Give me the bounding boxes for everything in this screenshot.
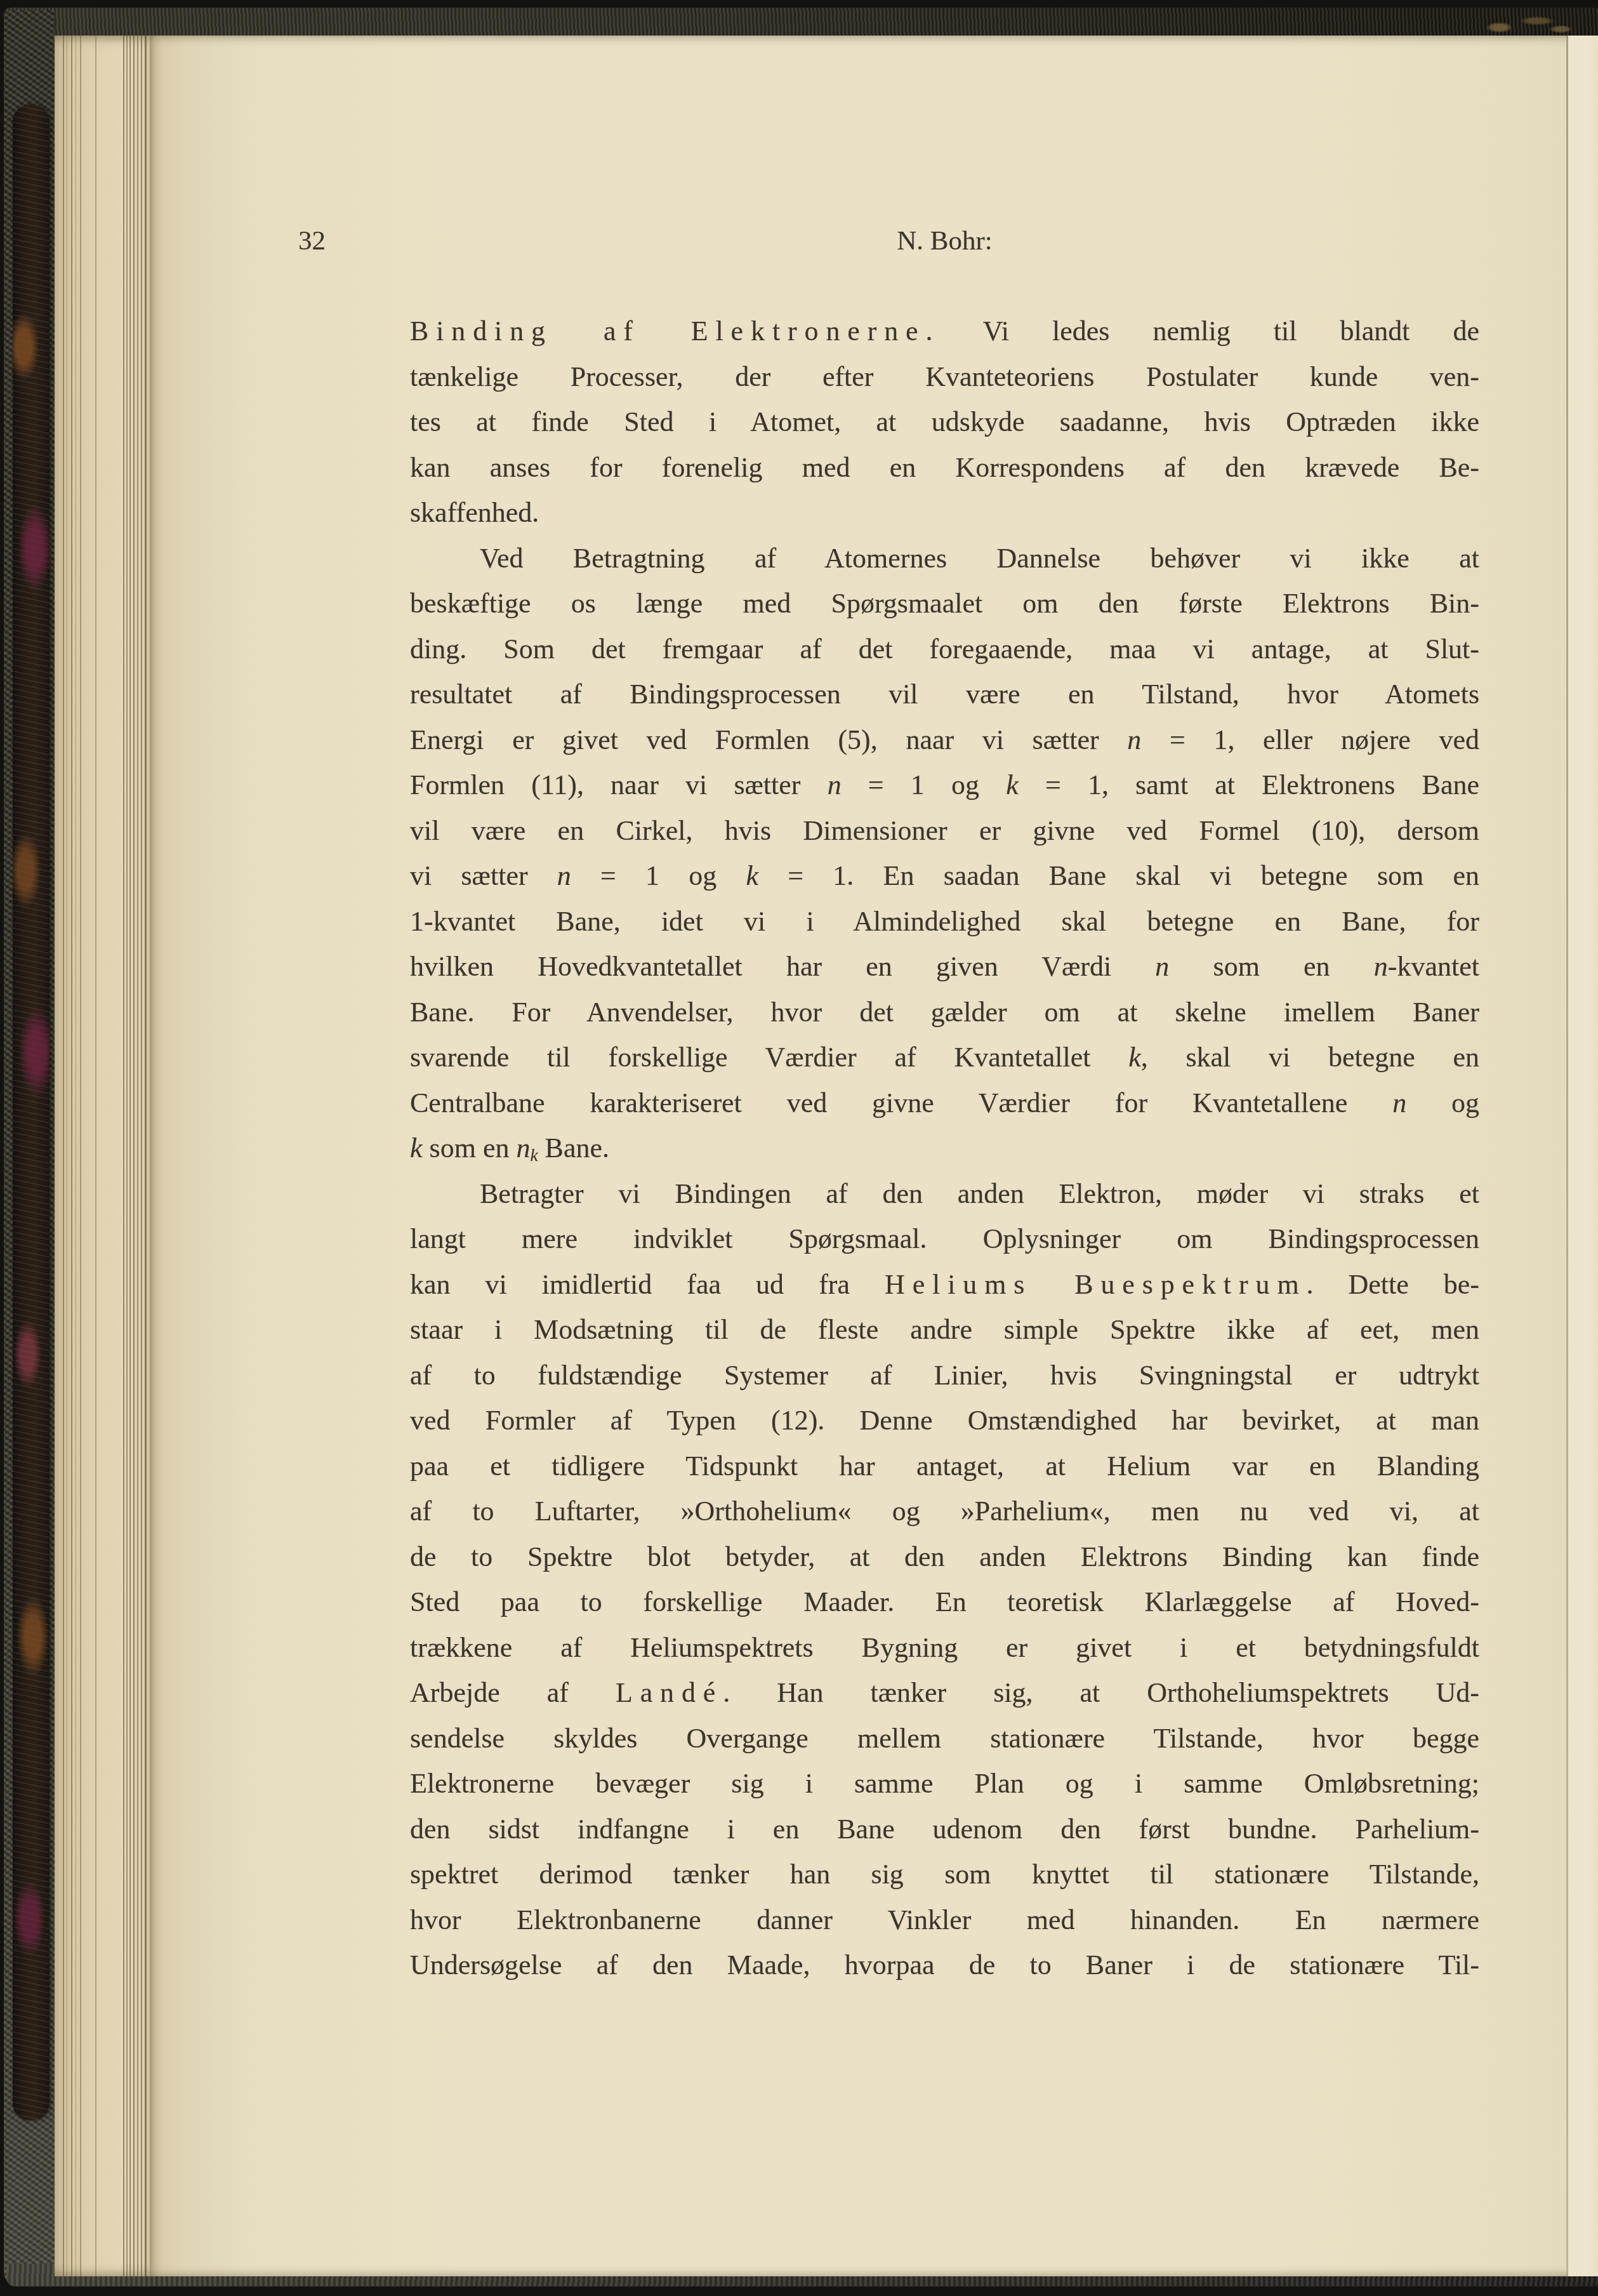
text-line: de to Spektre blot betyder, at den anden… [410, 1534, 1479, 1580]
text-line: ding. Som det fremgaar af det foregaaend… [410, 627, 1479, 672]
text-segment: n [516, 1132, 530, 1164]
text-line: skaffenhed. [410, 490, 1479, 536]
text-segment: af to fuldstændige Systemer af Linier, h… [410, 1360, 1479, 1391]
text-segment: = 1, eller nøjere ved [1141, 724, 1479, 755]
text-segment: Heliums Buespektrum [885, 1269, 1306, 1300]
text-line: Centralbane karakteriseret ved givne Vær… [410, 1080, 1479, 1126]
text-line: tænkelige Processer, der efter Kvanteteo… [410, 354, 1479, 400]
text-segment: som en [1169, 951, 1373, 982]
text-segment: vil være en Cirkel, hvis Dimensioner er … [410, 815, 1479, 846]
text-line: Formlen (11), naar vi sætter n = 1 og k … [410, 762, 1479, 808]
text-segment: n [828, 769, 842, 800]
page-edge-line [71, 36, 72, 2276]
text-segment: . Han tænker sig, at Orthoheliumspektret… [723, 1677, 1479, 1708]
text-segment: paa et tidligere Tidspunkt har antaget, … [410, 1450, 1479, 1482]
text-segment: n [1374, 951, 1388, 982]
text-segment: tes at finde Sted i Atomet, at udskyde s… [410, 406, 1479, 437]
text-segment: svarende til forskellige Værdier af Kvan… [410, 1042, 1128, 1073]
text-segment: af to Luftarter, »Orthohelium« og »Parhe… [410, 1496, 1479, 1527]
text-segment: = 1 og [842, 769, 1007, 800]
text-segment: trækkene af Heliumspektrets Bygning er g… [410, 1632, 1479, 1663]
text-line: Elektronerne bevæger sig i samme Plan og… [410, 1761, 1479, 1807]
text-segment: ding. Som det fremgaar af det foregaaend… [410, 634, 1479, 665]
page-edge-line [76, 36, 76, 2276]
text-line: tes at finde Sted i Atomet, at udskyde s… [410, 399, 1479, 445]
text-segment: vi sætter [410, 860, 557, 891]
text-segment: kan vi imidlertid faa ud fra [410, 1269, 885, 1300]
text-segment: Betragter vi Bindingen af den anden Elek… [480, 1178, 1479, 1209]
text-segment: staar i Modsætning til de fleste andre s… [410, 1314, 1479, 1345]
text-segment: den sidst indfangne i en Bane udenom den… [410, 1814, 1479, 1845]
text-line: svarende til forskellige Værdier af Kvan… [410, 1035, 1479, 1080]
text-block: Binding af Elektronerne. Vi ledes nemlig… [410, 309, 1479, 1988]
text-line: 1-kvantet Bane, idet vi i Almindelighed … [410, 899, 1479, 945]
text-line: trækkene af Heliumspektrets Bygning er g… [410, 1625, 1479, 1671]
text-line: hvilken Hovedkvantetallet har en given V… [410, 944, 1479, 990]
text-segment: Binding af Elektronerne. [410, 315, 940, 347]
text-segment: -kvantet [1388, 951, 1479, 982]
text-segment: kan anses for forenelig med en Korrespon… [410, 452, 1479, 483]
text-line: af to fuldstændige Systemer af Linier, h… [410, 1353, 1479, 1398]
page-fore-edge-strip [1568, 36, 1598, 2276]
text-segment: Formlen (11), naar vi sætter [410, 769, 828, 800]
text-segment: som en [423, 1132, 517, 1164]
page-edge-line [80, 36, 81, 2276]
frayed-binding-threads [1472, 8, 1580, 41]
text-line: Energi er givet ved Formlen (5), naar vi… [410, 717, 1479, 763]
text-segment: Landé [616, 1677, 723, 1708]
text-segment: Energi er givet ved Formlen (5), naar vi… [410, 724, 1127, 755]
text-segment: sendelse skyldes Overgange mellem statio… [410, 1723, 1479, 1754]
text-segment: n [1155, 951, 1169, 982]
text-segment: k [410, 1132, 423, 1164]
text-line: k som en nk Bane. [410, 1125, 1479, 1171]
text-segment: og [1406, 1087, 1479, 1118]
book-page: 32 N. Bohr: Binding af Elektronerne. Vi … [150, 36, 1598, 2276]
text-line: Bane. For Anvendelser, hvor det gælder o… [410, 990, 1479, 1035]
text-segment: . Dette be- [1306, 1269, 1479, 1300]
text-segment: Arbejde af [410, 1677, 616, 1708]
text-segment: = 1 og [571, 860, 746, 891]
stacked-page-edges [55, 36, 150, 2276]
text-segment: Ved Betragtning af Atomernes Dannelse be… [480, 543, 1479, 574]
page-edge-line [133, 36, 135, 2276]
text-segment: Bane. [538, 1132, 609, 1164]
text-line: Betragter vi Bindingen af den anden Elek… [410, 1171, 1479, 1217]
text-line: langt mere indviklet Spørgsmaal. Oplysni… [410, 1216, 1479, 1262]
text-line: af to Luftarter, »Orthohelium« og »Parhe… [410, 1489, 1479, 1534]
text-line: vi sætter n = 1 og k = 1. En saadan Bane… [410, 853, 1479, 899]
text-line: Arbejde af Landé. Han tænker sig, at Ort… [410, 1670, 1479, 1716]
text-line: staar i Modsætning til de fleste andre s… [410, 1307, 1479, 1353]
text-segment: hvor Elektronbanerne danner Vinkler med … [410, 1904, 1479, 1935]
text-segment: resultatet af Bindingsprocessen vil være… [410, 679, 1479, 710]
text-segment: spektret derimod tænker han sig som knyt… [410, 1859, 1479, 1890]
text-line: spektret derimod tænker han sig som knyt… [410, 1852, 1479, 1897]
text-segment: skaffenhed. [410, 497, 539, 528]
book-photo: { "book": { "page_number": "32", "runnin… [0, 0, 1598, 2296]
text-segment: 1-kvantet Bane, idet vi i Almindelighed … [410, 906, 1479, 937]
text-line: den sidst indfangne i en Bane udenom den… [410, 1807, 1479, 1852]
text-line: beskæftige os længe med Spørgsmaalet om … [410, 581, 1479, 627]
text-segment: k [1006, 769, 1019, 800]
page-edge-line [67, 36, 67, 2276]
text-line: Sted paa to forskellige Maader. En teore… [410, 1579, 1479, 1625]
page-edge-line [129, 36, 131, 2276]
text-segment: = 1. En saadan Bane skal vi betegne som … [758, 860, 1479, 891]
text-line: kan anses for forenelig med en Korrespon… [410, 445, 1479, 491]
text-segment: , skal vi betegne en [1141, 1042, 1479, 1073]
text-segment: Vi ledes nemlig til blandt de [940, 315, 1479, 347]
marbled-spine-edge [13, 105, 50, 2120]
page-number: 32 [298, 226, 326, 256]
text-line: hvor Elektronbanerne danner Vinkler med … [410, 1897, 1479, 1943]
page-crease-line [1566, 36, 1568, 2276]
text-line: kan vi imidlertid faa ud fra Heliums Bue… [410, 1262, 1479, 1308]
page-edge-line [141, 36, 142, 2276]
text-segment: tænkelige Processer, der efter Kvanteteo… [410, 361, 1479, 392]
text-line: Binding af Elektronerne. Vi ledes nemlig… [410, 309, 1479, 354]
text-segment: beskæftige os længe med Spørgsmaalet om … [410, 588, 1479, 619]
page-edge-line [126, 36, 128, 2276]
text-line: resultatet af Bindingsprocessen vil være… [410, 672, 1479, 717]
text-segment: Centralbane karakteriseret ved givne Vær… [410, 1087, 1392, 1118]
text-segment: n [1392, 1087, 1406, 1118]
page-edge-line [145, 36, 147, 2276]
text-segment: Bane. For Anvendelser, hvor det gælder o… [410, 997, 1479, 1028]
text-segment: = 1, samt at Elektronens Bane [1019, 769, 1479, 800]
book-cover-top-edge [4, 8, 1598, 38]
text-segment: Sted paa to forskellige Maader. En teore… [410, 1586, 1479, 1617]
text-segment: k [1128, 1042, 1141, 1073]
text-segment: Undersøgelse af den Maade, hvorpaa de to… [410, 1949, 1479, 1981]
text-segment: Elektronerne bevæger sig i samme Plan og… [410, 1768, 1479, 1799]
running-header: N. Bohr: [410, 226, 1479, 256]
text-segment: n [557, 860, 571, 891]
text-line: vil være en Cirkel, hvis Dimensioner er … [410, 808, 1479, 854]
page-edge-line [137, 36, 138, 2276]
text-segment: langt mere indviklet Spørgsmaal. Oplysni… [410, 1223, 1479, 1254]
text-line: paa et tidligere Tidspunkt har antaget, … [410, 1443, 1479, 1489]
page-edge-line [123, 36, 124, 2276]
text-line: Undersøgelse af den Maade, hvorpaa de to… [410, 1942, 1479, 1988]
text-line: ved Formler af Typen (12). Denne Omstænd… [410, 1398, 1479, 1443]
text-segment: k [530, 1146, 538, 1165]
page-edge-line [63, 36, 64, 2276]
text-line: sendelse skyldes Overgange mellem statio… [410, 1716, 1479, 1762]
text-segment: k [746, 860, 759, 891]
text-segment: hvilken Hovedkvantetallet har en given V… [410, 951, 1155, 982]
page-edge-line [95, 36, 96, 2276]
text-line: Ved Betragtning af Atomernes Dannelse be… [410, 536, 1479, 581]
text-segment: ved Formler af Typen (12). Denne Omstænd… [410, 1405, 1479, 1436]
text-segment: de to Spektre blot betyder, at den anden… [410, 1541, 1479, 1572]
text-segment: n [1127, 724, 1141, 755]
